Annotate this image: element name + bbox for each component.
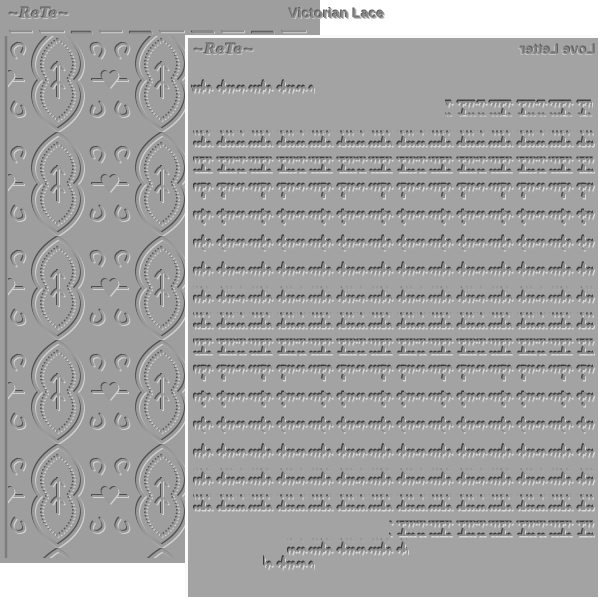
plate-title-love-letter: Love Letter xyxy=(519,41,594,57)
brand-logo: ~ReTe~ xyxy=(8,6,70,22)
brand-logo: ~ReTe~ xyxy=(193,42,255,58)
handwritten-letter-pattern xyxy=(188,38,598,597)
love-letter-texture-sheet: ~ReTe~ Love Letter xyxy=(185,35,598,597)
plate-title-victorian-lace: Victorian Lace xyxy=(289,5,384,21)
letter-lines xyxy=(192,79,594,570)
